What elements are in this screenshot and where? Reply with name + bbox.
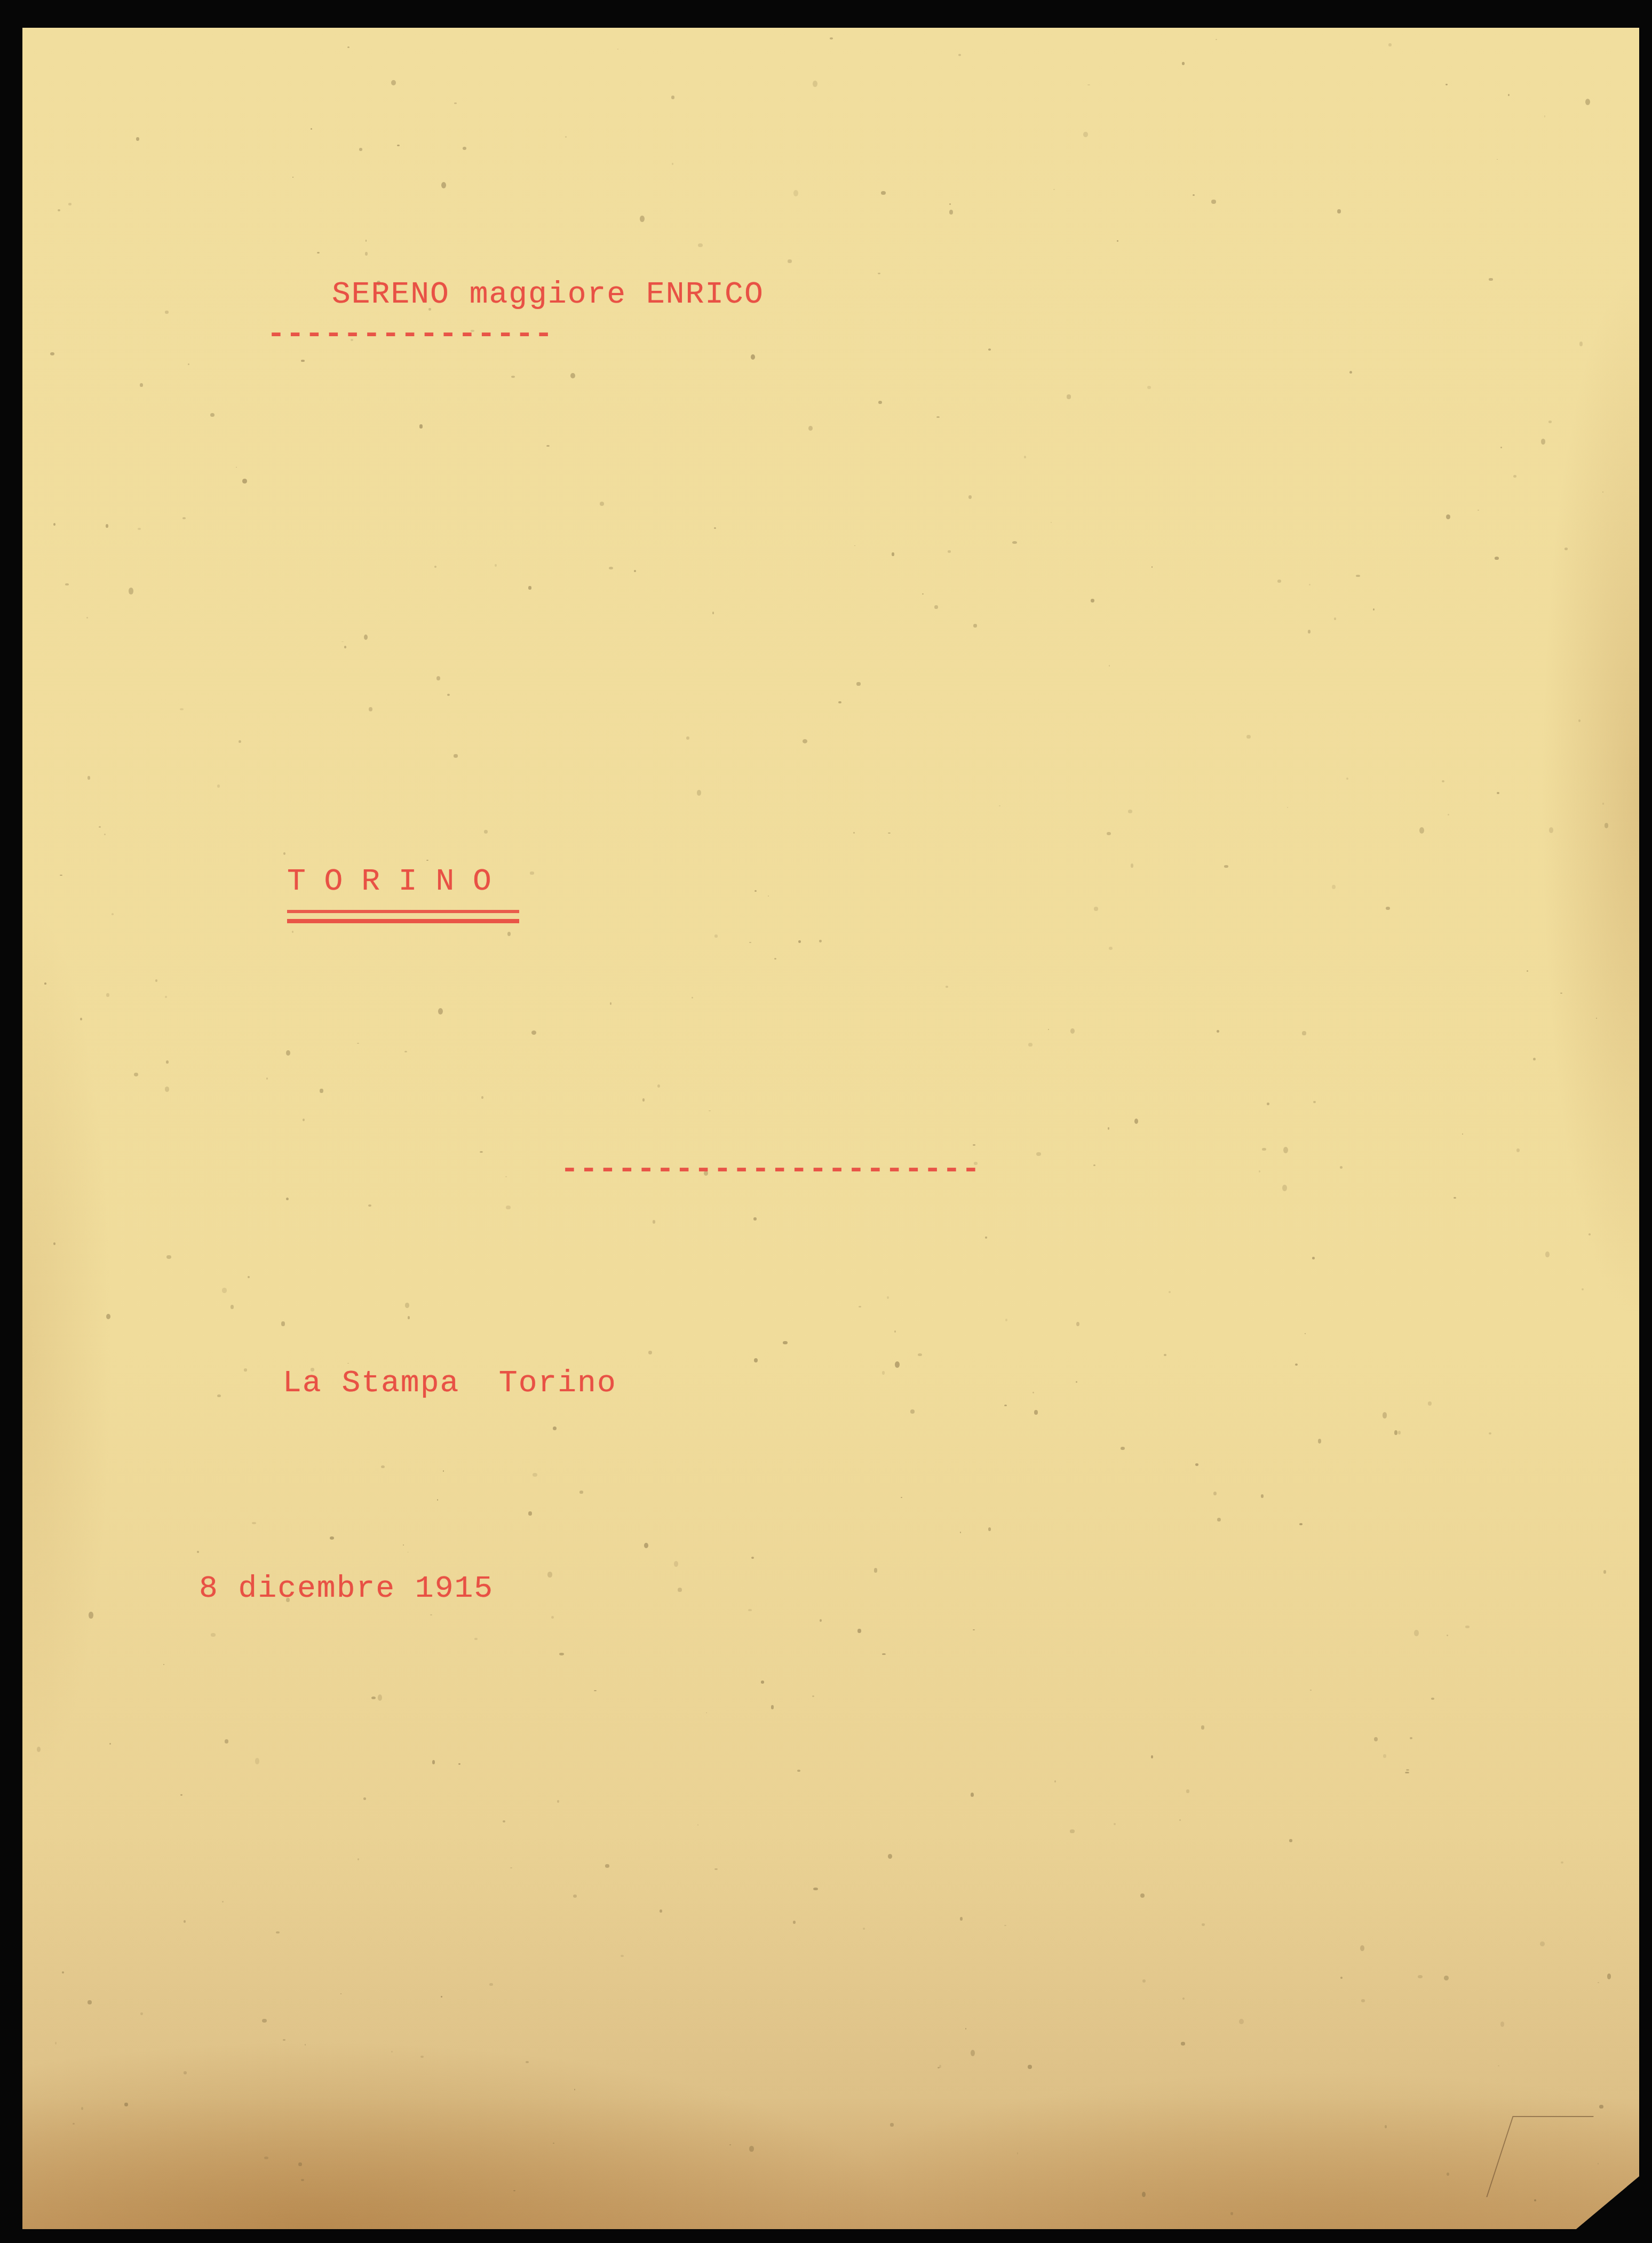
paper-speck bbox=[958, 54, 960, 57]
paper-speck bbox=[1340, 1977, 1343, 1979]
paper-speck bbox=[1267, 1103, 1269, 1105]
paper-speck bbox=[526, 2061, 529, 2063]
paper-speck bbox=[88, 2000, 92, 2004]
paper-speck bbox=[381, 1465, 385, 1468]
paper-speck bbox=[165, 1087, 170, 1092]
paper-speck bbox=[252, 1522, 256, 1524]
paper-speck bbox=[551, 1616, 554, 1619]
paper-speck bbox=[1179, 1819, 1180, 1821]
paper-speck bbox=[136, 137, 139, 141]
paper-speck bbox=[225, 1739, 228, 1743]
paper-speck bbox=[391, 80, 396, 85]
paper-speck bbox=[1533, 1058, 1536, 1060]
paper-speck bbox=[960, 1917, 963, 1921]
paper-speck bbox=[1540, 1941, 1545, 1946]
paper-speck bbox=[1004, 1405, 1006, 1406]
paper-speck bbox=[1259, 1170, 1260, 1172]
paper-speck bbox=[1186, 1789, 1189, 1793]
paper-speck bbox=[1602, 803, 1605, 805]
paper-speck bbox=[481, 1096, 483, 1099]
paper-speck bbox=[432, 1760, 435, 1764]
paper-speck bbox=[698, 243, 703, 247]
paper-speck bbox=[1489, 278, 1492, 281]
paper-speck bbox=[405, 1303, 410, 1308]
paper-speck bbox=[697, 1824, 699, 1826]
paper-speck bbox=[530, 871, 534, 875]
paper-speck bbox=[255, 1758, 259, 1764]
paper-speck bbox=[819, 940, 822, 942]
paper-speck bbox=[1495, 557, 1499, 560]
paper-speck bbox=[714, 1868, 717, 1870]
paper-speck bbox=[1454, 1197, 1456, 1199]
paper-speck bbox=[1076, 1381, 1077, 1383]
paper-speck bbox=[489, 1983, 493, 1986]
paper-sheet bbox=[22, 28, 1639, 2229]
paper-speck bbox=[1310, 1690, 1311, 1691]
paper-speck bbox=[557, 1800, 559, 1803]
paper-speck bbox=[419, 424, 423, 428]
paper-speck bbox=[88, 776, 90, 780]
paper-speck bbox=[1217, 1030, 1219, 1033]
paper-speck bbox=[751, 1557, 754, 1559]
paper-speck bbox=[853, 832, 855, 834]
paper-speck bbox=[378, 1694, 382, 1701]
paper-speck bbox=[892, 552, 894, 556]
paper-speck bbox=[1444, 1976, 1449, 1980]
paper-speck bbox=[1147, 386, 1151, 389]
paper-speck bbox=[65, 583, 69, 585]
paper-speck bbox=[808, 426, 813, 431]
paper-speck bbox=[364, 635, 368, 640]
paper-speck bbox=[140, 2012, 143, 2015]
paper-speck bbox=[754, 1358, 758, 1362]
paper-speck bbox=[1500, 2022, 1504, 2026]
heading-underline: --------------- bbox=[267, 318, 553, 352]
paper-speck bbox=[634, 570, 637, 572]
paper-speck bbox=[511, 376, 515, 378]
paper-speck bbox=[946, 986, 948, 988]
paper-speck bbox=[531, 1031, 536, 1035]
paper-speck bbox=[1142, 2192, 1146, 2197]
paper-speck bbox=[1277, 580, 1281, 582]
paper-speck bbox=[347, 1363, 348, 1364]
paper-speck bbox=[1091, 599, 1094, 603]
paper-speck bbox=[1545, 1251, 1550, 1257]
paper-speck bbox=[1388, 43, 1391, 46]
paper-speck bbox=[1447, 1635, 1448, 1636]
paper-speck bbox=[1394, 1430, 1397, 1435]
paper-speck bbox=[298, 2162, 302, 2167]
paper-speck bbox=[888, 833, 891, 834]
paper-speck bbox=[918, 1353, 922, 1356]
paper-speck bbox=[798, 940, 800, 943]
paper-speck bbox=[303, 1119, 305, 1121]
paper-speck bbox=[366, 240, 367, 242]
paper-speck bbox=[1541, 439, 1545, 445]
source-line: La Stampa Torino bbox=[283, 1366, 617, 1401]
paper-speck bbox=[222, 1901, 224, 1903]
city-underline-bottom bbox=[287, 919, 519, 923]
paper-speck bbox=[783, 1341, 787, 1345]
paper-speck bbox=[109, 1743, 111, 1745]
paper-speck bbox=[1054, 1780, 1057, 1782]
paper-speck bbox=[86, 617, 88, 619]
paper-speck bbox=[344, 646, 347, 648]
paper-speck bbox=[480, 1151, 483, 1153]
paper-speck bbox=[1419, 827, 1424, 834]
paper-speck bbox=[1053, 189, 1055, 190]
paper-speck bbox=[50, 352, 54, 355]
paper-speck bbox=[210, 413, 215, 417]
paper-speck bbox=[1024, 456, 1027, 458]
paper-speck bbox=[454, 102, 456, 104]
paper-speck bbox=[1182, 1998, 1184, 2000]
paper-speck bbox=[311, 128, 312, 130]
paper-speck bbox=[1564, 548, 1568, 550]
paper-speck bbox=[856, 682, 860, 685]
paper-speck bbox=[58, 209, 60, 211]
paper-speck bbox=[1239, 2019, 1244, 2024]
paper-speck bbox=[754, 890, 756, 892]
paper-speck bbox=[1308, 630, 1311, 633]
paper-speck bbox=[901, 1497, 902, 1498]
paper-speck bbox=[1134, 1119, 1138, 1123]
paper-speck bbox=[330, 1536, 334, 1540]
paper-speck bbox=[217, 784, 219, 788]
paper-speck bbox=[1211, 200, 1216, 204]
paper-speck bbox=[533, 1473, 537, 1477]
paper-speck bbox=[426, 860, 428, 861]
paper-speck bbox=[197, 1551, 199, 1552]
paper-speck bbox=[89, 1612, 93, 1619]
city-underline-top bbox=[287, 910, 519, 913]
paper-speck bbox=[797, 1770, 800, 1772]
paper-speck bbox=[1164, 1354, 1166, 1356]
paper-speck bbox=[692, 997, 693, 998]
paper-speck bbox=[653, 1220, 656, 1224]
paper-speck bbox=[166, 1060, 169, 1064]
paper-speck bbox=[1128, 810, 1133, 813]
paper-speck bbox=[180, 708, 184, 710]
paper-speck bbox=[430, 1614, 432, 1615]
paper-speck bbox=[165, 311, 168, 314]
paper-speck bbox=[605, 1864, 610, 1867]
paper-speck bbox=[188, 363, 189, 365]
paper-speck bbox=[771, 1705, 774, 1709]
paper-speck bbox=[1299, 1523, 1302, 1525]
paper-speck bbox=[81, 2107, 83, 2110]
paper-speck bbox=[714, 527, 716, 529]
paper-speck bbox=[949, 210, 953, 215]
paper-speck bbox=[988, 1527, 991, 1531]
paper-speck bbox=[788, 259, 792, 263]
paper-speck bbox=[1599, 2105, 1603, 2109]
paper-speck bbox=[686, 736, 689, 740]
paper-speck bbox=[1561, 1861, 1563, 1864]
paper-speck bbox=[748, 1609, 751, 1611]
paper-speck bbox=[570, 373, 575, 378]
paper-speck bbox=[124, 2103, 128, 2106]
paper-speck bbox=[1302, 1031, 1306, 1035]
paper-speck bbox=[610, 1002, 611, 1005]
paper-speck bbox=[672, 163, 673, 164]
paper-speck bbox=[793, 190, 798, 196]
paper-speck bbox=[749, 2146, 754, 2152]
paper-speck bbox=[838, 701, 841, 704]
paper-speck bbox=[505, 1176, 507, 1178]
paper-speck bbox=[37, 1747, 41, 1752]
paper-speck bbox=[454, 754, 458, 757]
paper-speck bbox=[1114, 1823, 1115, 1825]
paper-speck bbox=[936, 416, 940, 418]
paper-speck bbox=[163, 1664, 164, 1665]
paper-speck bbox=[1094, 907, 1098, 912]
paper-speck bbox=[1534, 2199, 1536, 2201]
paper-speck bbox=[528, 1511, 531, 1516]
paper-speck bbox=[678, 1588, 681, 1592]
paper-speck bbox=[894, 1330, 896, 1333]
paper-speck bbox=[648, 1351, 652, 1354]
paper-speck bbox=[180, 1794, 182, 1796]
paper-speck bbox=[286, 1050, 290, 1056]
paper-speck bbox=[106, 993, 109, 997]
paper-speck bbox=[813, 81, 817, 87]
paper-speck bbox=[751, 354, 756, 360]
paper-speck bbox=[305, 2044, 306, 2046]
paper-speck bbox=[404, 1051, 407, 1052]
paper-speck bbox=[134, 1073, 138, 1076]
paper-speck bbox=[248, 1276, 249, 1279]
paper-speck bbox=[211, 1633, 216, 1636]
paper-speck bbox=[222, 1288, 227, 1293]
paper-speck bbox=[1385, 2125, 1387, 2128]
paper-speck bbox=[155, 979, 158, 982]
paper-speck bbox=[1448, 814, 1449, 815]
paper-speck bbox=[242, 479, 247, 484]
paper-speck bbox=[803, 739, 807, 743]
paper-speck bbox=[365, 252, 368, 256]
paper-speck bbox=[674, 1561, 678, 1566]
paper-speck bbox=[1337, 209, 1341, 213]
paper-speck bbox=[863, 1928, 865, 1930]
paper-speck bbox=[264, 2157, 268, 2160]
paper-speck bbox=[510, 1867, 512, 1868]
paper-speck bbox=[1012, 541, 1017, 544]
paper-speck bbox=[1262, 1148, 1266, 1151]
paper-speck bbox=[1181, 2042, 1185, 2046]
paper-speck bbox=[1349, 371, 1352, 374]
paper-speck bbox=[407, 1552, 408, 1552]
paper-speck bbox=[140, 383, 142, 387]
paper-speck bbox=[768, 895, 769, 897]
paper-speck bbox=[1418, 1975, 1422, 1978]
paper-speck bbox=[579, 1491, 583, 1494]
paper-speck bbox=[1017, 2152, 1019, 2154]
paper-speck bbox=[988, 348, 991, 350]
paper-speck bbox=[547, 1572, 552, 1578]
paper-speck bbox=[948, 550, 951, 553]
paper-speck bbox=[882, 1371, 885, 1375]
paper-speck bbox=[184, 2071, 187, 2074]
paper-speck bbox=[1598, 1982, 1599, 1983]
paper-speck bbox=[371, 1697, 376, 1699]
paper-speck bbox=[239, 740, 241, 743]
paper-speck bbox=[1578, 719, 1580, 722]
paper-speck bbox=[441, 1996, 442, 1998]
paper-speck bbox=[854, 545, 855, 546]
paper-speck bbox=[1083, 132, 1087, 137]
paper-speck bbox=[217, 1394, 221, 1397]
paper-speck bbox=[281, 1321, 284, 1326]
paper-speck bbox=[68, 203, 72, 205]
paper-speck bbox=[985, 1237, 988, 1238]
paper-speck bbox=[812, 1695, 814, 1697]
paper-speck bbox=[1414, 1630, 1418, 1636]
paper-speck bbox=[528, 586, 531, 590]
paper-speck bbox=[165, 996, 167, 998]
paper-speck bbox=[761, 1681, 764, 1684]
paper-speck bbox=[960, 1532, 961, 1533]
paper-speck bbox=[1282, 1185, 1287, 1191]
paper-speck bbox=[874, 1568, 877, 1572]
paper-speck bbox=[55, 2042, 57, 2044]
paper-speck bbox=[1548, 421, 1552, 423]
city-title: T O R I N O bbox=[287, 865, 491, 899]
folded-corner bbox=[1486, 2116, 1593, 2197]
paper-speck bbox=[559, 1653, 563, 1655]
paper-speck bbox=[320, 1089, 323, 1093]
paper-speck bbox=[1431, 1698, 1435, 1700]
paper-speck bbox=[1500, 447, 1502, 448]
paper-speck bbox=[830, 37, 833, 39]
paper-speck bbox=[436, 676, 440, 680]
paper-speck bbox=[1445, 84, 1448, 85]
paper-speck bbox=[44, 982, 46, 984]
paper-speck bbox=[729, 2144, 731, 2145]
paper-speck bbox=[60, 875, 62, 876]
paper-speck bbox=[887, 1296, 889, 1299]
paper-speck bbox=[1312, 1257, 1315, 1259]
paper-speck bbox=[1603, 1570, 1606, 1573]
paper-speck bbox=[1289, 1839, 1292, 1842]
paper-speck bbox=[1151, 566, 1153, 568]
paper-speck bbox=[1410, 1737, 1412, 1739]
paper-speck bbox=[857, 1629, 861, 1633]
paper-speck bbox=[1131, 863, 1133, 867]
paper-speck bbox=[1360, 1945, 1364, 1951]
paper-speck bbox=[1169, 1291, 1171, 1293]
paper-speck bbox=[495, 564, 497, 567]
paper-speck bbox=[1383, 1412, 1387, 1418]
section-separator: ---------------------- bbox=[560, 1153, 981, 1187]
paper-speck bbox=[438, 1008, 443, 1014]
paper-speck bbox=[820, 1619, 822, 1622]
paper-speck bbox=[1607, 1973, 1611, 1979]
paper-speck bbox=[1602, 492, 1603, 493]
heading-name: SERENO maggiore ENRICO bbox=[332, 278, 764, 312]
paper-speck bbox=[1386, 907, 1390, 910]
date-line: 8 dicembre 1915 bbox=[199, 1572, 494, 1606]
paper-speck bbox=[106, 524, 108, 528]
paper-speck bbox=[1070, 1829, 1075, 1833]
paper-speck bbox=[965, 2028, 966, 2030]
paper-speck bbox=[1182, 62, 1184, 65]
paper-speck bbox=[574, 2089, 575, 2090]
paper-speck bbox=[1383, 1754, 1386, 1758]
paper-speck bbox=[714, 934, 718, 937]
paper-speck bbox=[443, 1470, 444, 1471]
paper-speck bbox=[266, 1077, 268, 1080]
paper-speck bbox=[671, 96, 675, 99]
paper-speck bbox=[1462, 1134, 1463, 1135]
paper-speck bbox=[640, 216, 644, 222]
paper-speck bbox=[1028, 1043, 1033, 1047]
paper-speck bbox=[753, 1217, 756, 1220]
paper-speck bbox=[1121, 1447, 1125, 1450]
paper-speck bbox=[644, 1543, 648, 1548]
paper-speck bbox=[973, 1144, 975, 1145]
paper-speck bbox=[1361, 1999, 1365, 2002]
paper-speck bbox=[129, 588, 133, 594]
paper-speck bbox=[1447, 2173, 1449, 2175]
paper-speck bbox=[1201, 1725, 1204, 1729]
paper-speck bbox=[166, 1255, 171, 1259]
paper-speck bbox=[1598, 2163, 1599, 2165]
paper-speck bbox=[1478, 510, 1479, 511]
paper-speck bbox=[1596, 1018, 1597, 1019]
paper-speck bbox=[609, 567, 613, 569]
paper-speck bbox=[910, 1409, 915, 1414]
paper-speck bbox=[283, 2039, 285, 2041]
paper-speck bbox=[573, 1895, 577, 1898]
paper-speck bbox=[1508, 94, 1510, 96]
paper-speck bbox=[999, 805, 1000, 806]
paper-speck bbox=[1334, 617, 1337, 620]
